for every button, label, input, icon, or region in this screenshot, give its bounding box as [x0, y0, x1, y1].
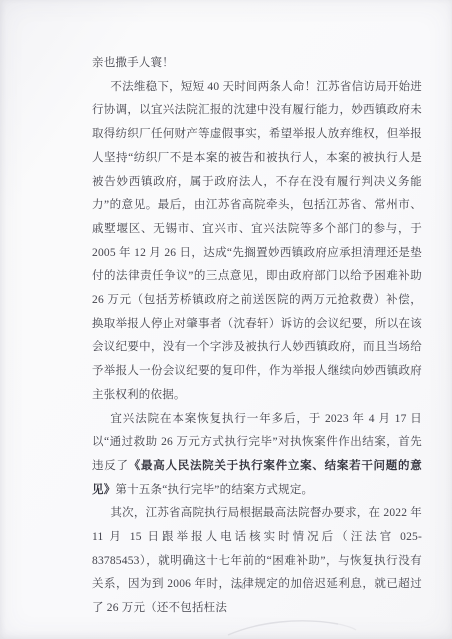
paragraph-continuation-from-previous-page: 亲也撒手人寰！ [92, 52, 422, 76]
scanned-document-page: 亲也撒手人寰！ 不法维稳下，短短 40 天时间两条人命！江苏省信访局开始进行协调… [0, 0, 452, 639]
paragraph-case-closure: 宜兴法院在本案恢复执行一年多后，于 2023 年 4 月 17 日以“通过救助 … [92, 408, 422, 503]
document-body: 亲也撒手人寰！ 不法维稳下，短短 40 天时间两条人命！江苏省信访局开始进行协调… [92, 52, 422, 621]
paragraph-case-closure-text-cont: 第十五条“执行完毕”的结案方式规定。 [115, 484, 313, 496]
page-number: 10 [236, 581, 247, 591]
paragraph-high-court-verification: 其次，江苏省高院执行局根据最高法院督办要求，在 2022 年 11 月 15 日… [92, 502, 422, 621]
paragraph-mediation-meeting: 不法维稳下，短短 40 天时间两条人命！江苏省信访局开始进行协调，以宜兴法院汇报… [92, 76, 422, 408]
